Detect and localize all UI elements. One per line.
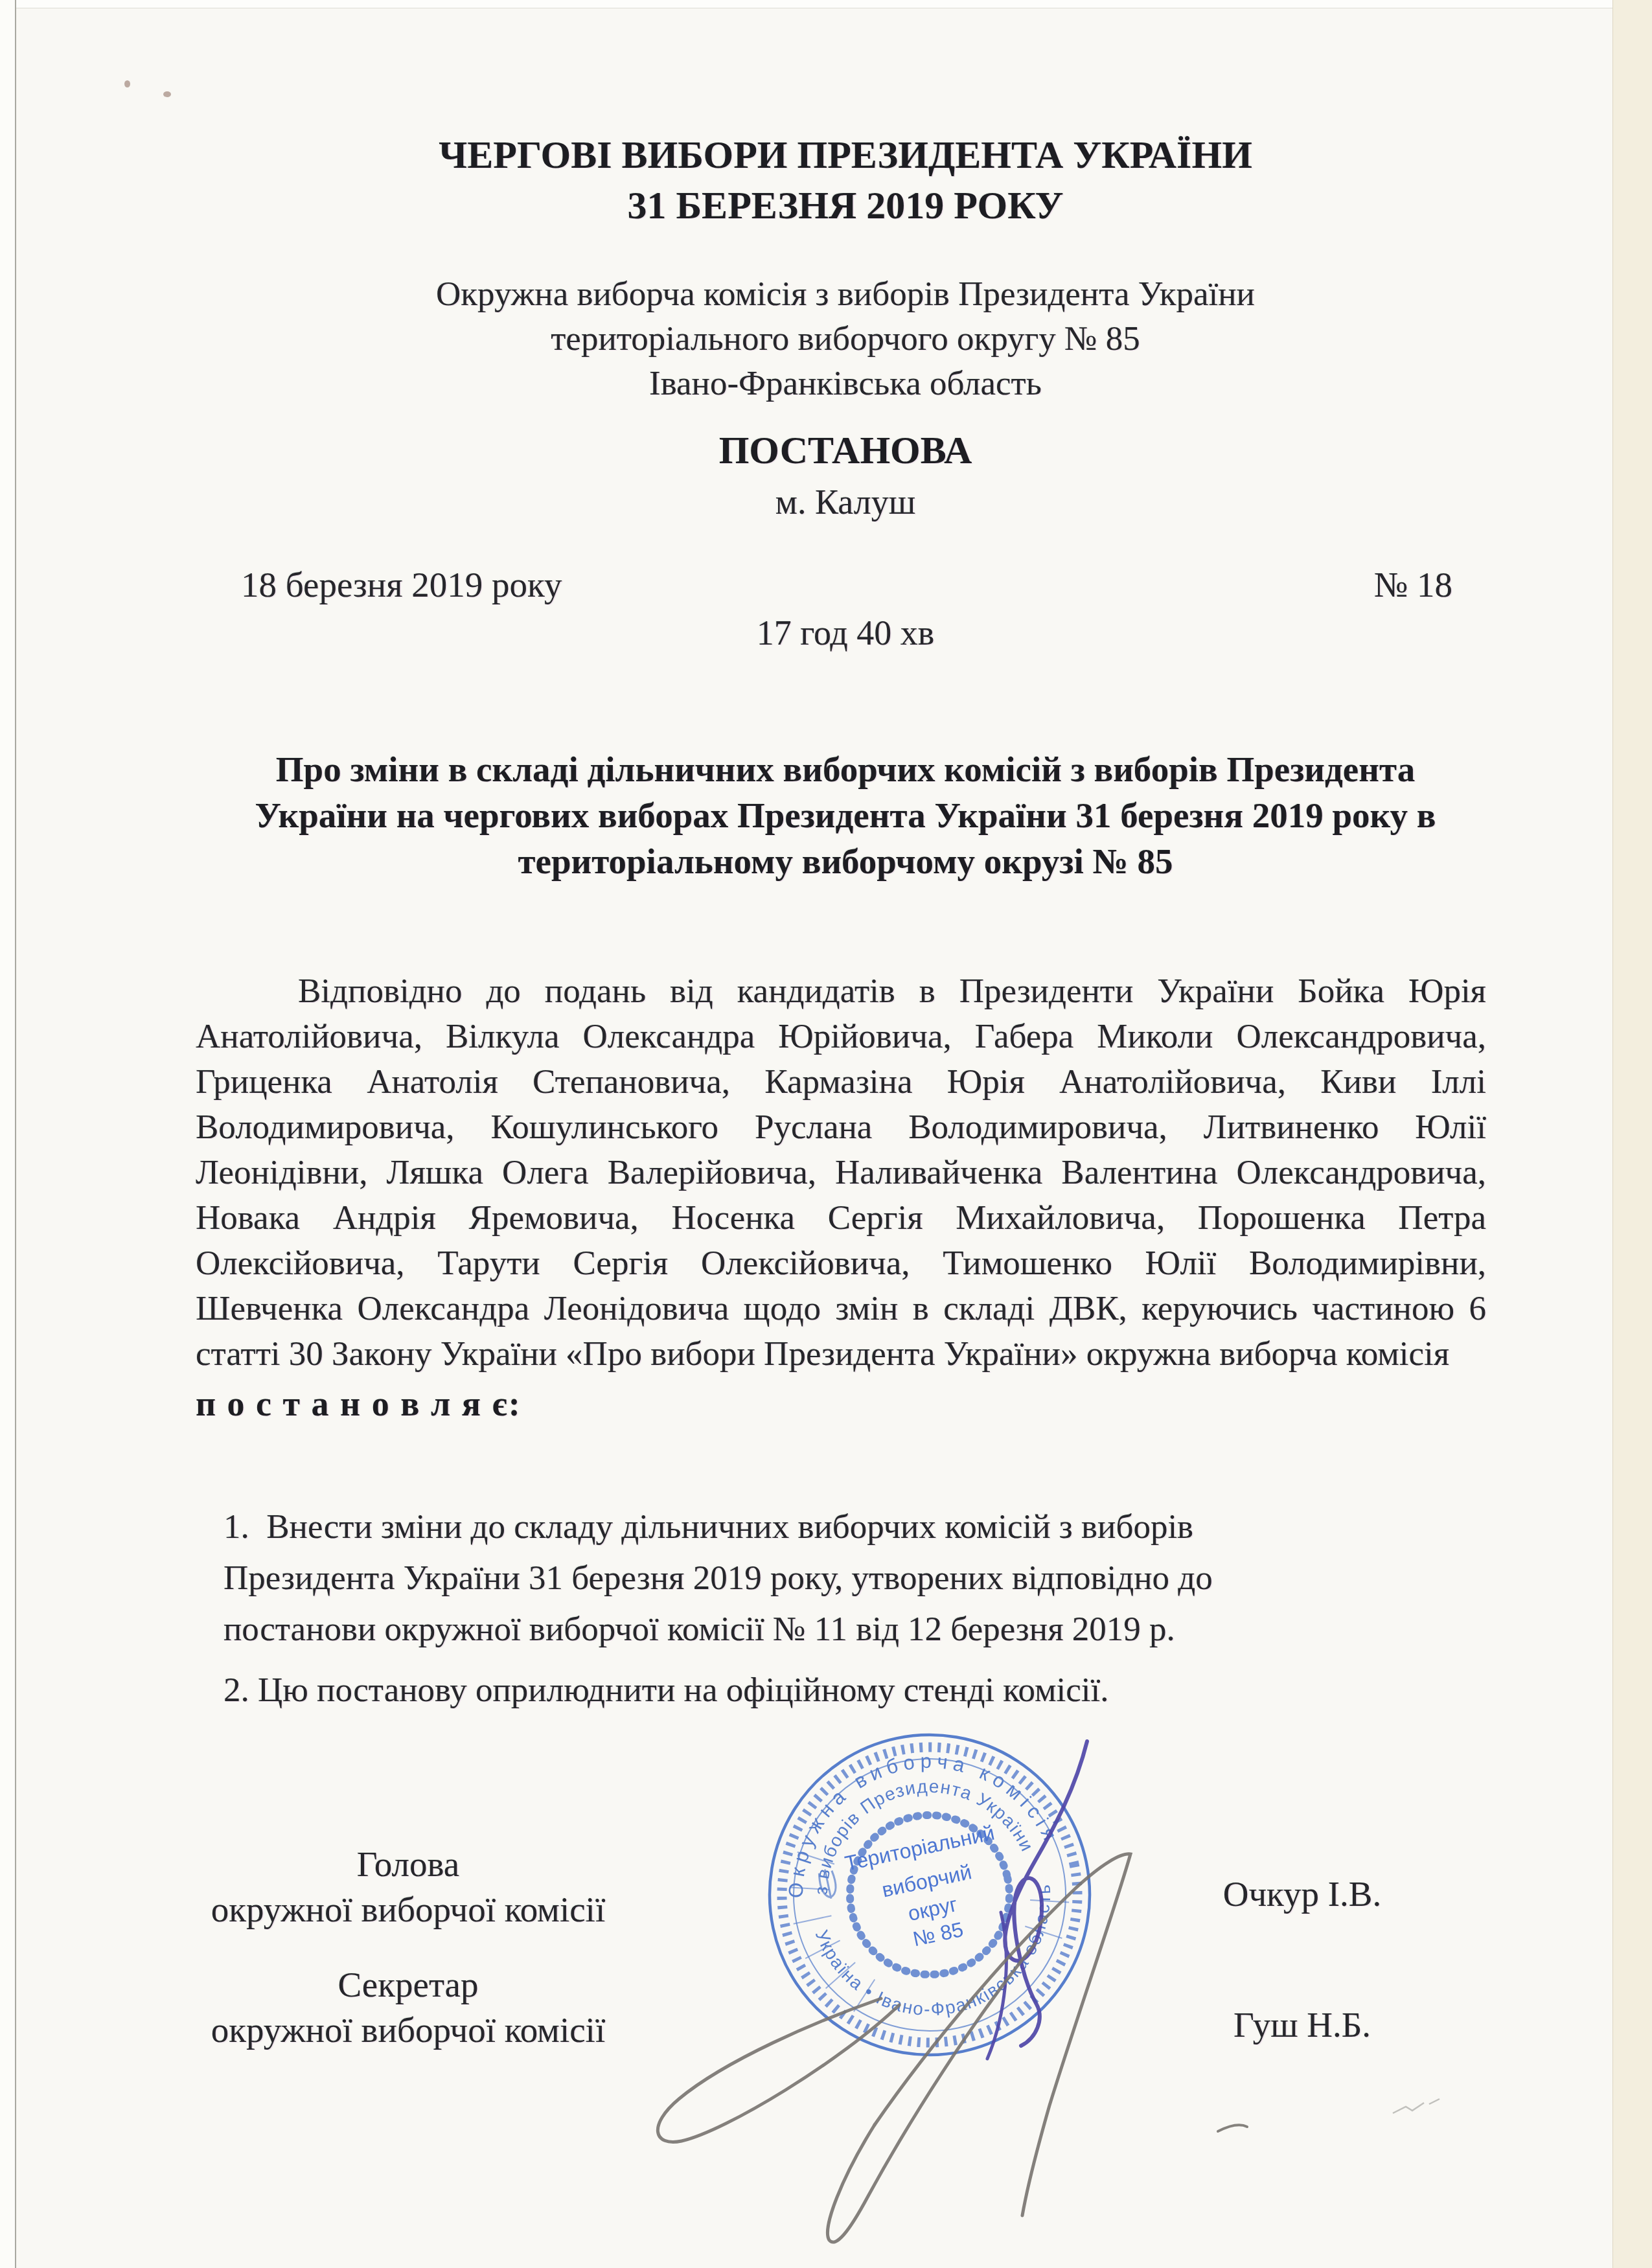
stamp-chain-ring [835,1800,1024,1989]
commission-block: Окружна виборча комісія з виборів Презид… [39,272,1652,406]
doc-title-line2: України на чергових виборах Президента У… [130,792,1561,838]
signature-role-head: Голова [194,1844,622,1884]
act-date-row: 18 березня 2019 року № 18 [241,562,1452,608]
paper-speck [124,80,130,87]
body-paragraph: Відповідно до подань від кандидатів в Пр… [196,968,1486,1377]
act-time: 17 год 40 хв [39,610,1652,656]
scanned-document-page: ЧЕРГОВІ ВИБОРИ ПРЕЗИДЕНТА УКРАЇНИ 31 БЕР… [0,0,1652,2268]
commission-line3: Івано-Франківська область [39,361,1652,406]
resolution-item-1: 1. Внести зміни до складу дільничних виб… [224,1502,1364,1655]
signature-role-head-line2: окружної виборчої комісії [194,1889,622,1930]
election-header-line1: ЧЕРГОВІ ВИБОРИ ПРЕЗИДЕНТА УКРАЇНИ [39,130,1652,180]
stamp-center-line1: Територіальний [843,1821,996,1875]
scan-edge-top [0,0,1652,8]
election-header-line2: 31 БЕРЕЗНЯ 2019 РОКУ [39,180,1652,231]
stamp-group: Окружна виборча комісія з виборів Презид… [740,1705,1119,2085]
pencil-mark [1393,2099,1440,2113]
signature-name-secretary: Гуш Н.Б. [1205,2004,1399,2045]
doc-title-line1: Про зміни в складі дільничних виборчих к… [130,746,1561,792]
act-city: м. Калуш [39,479,1652,525]
signature-role-secretary-line2: окружної виборчої комісії [194,2010,622,2050]
act-date: 18 березня 2019 року [241,562,562,608]
election-header: ЧЕРГОВІ ВИБОРИ ПРЕЗИДЕНТА УКРАЇНИ 31 БЕР… [39,130,1652,231]
act-number: № 18 [1374,562,1452,608]
doc-title: Про зміни в складі дільничних виборчих к… [130,746,1561,884]
signature-role-secretary: Секретар [194,1964,622,2005]
resolves-line: п о с т а н о в л я є: [196,1381,522,1426]
act-type: ПОСТАНОВА [39,428,1652,473]
paper-speck [163,91,171,97]
signature-name-head: Очкур І.В. [1205,1873,1399,1914]
doc-title-line3: територіальному виборчому окрузі № 85 [130,838,1561,884]
commission-line1: Окружна виборча комісія з виборів Презид… [39,272,1652,317]
commission-line2: територіального виборчого округу № 85 [39,317,1652,361]
round-stamp: Окружна виборча комісія з виборів Презид… [735,1701,1124,2089]
stamp-center-line2: виборчий [880,1860,974,1901]
scan-edge-left [0,0,16,2268]
